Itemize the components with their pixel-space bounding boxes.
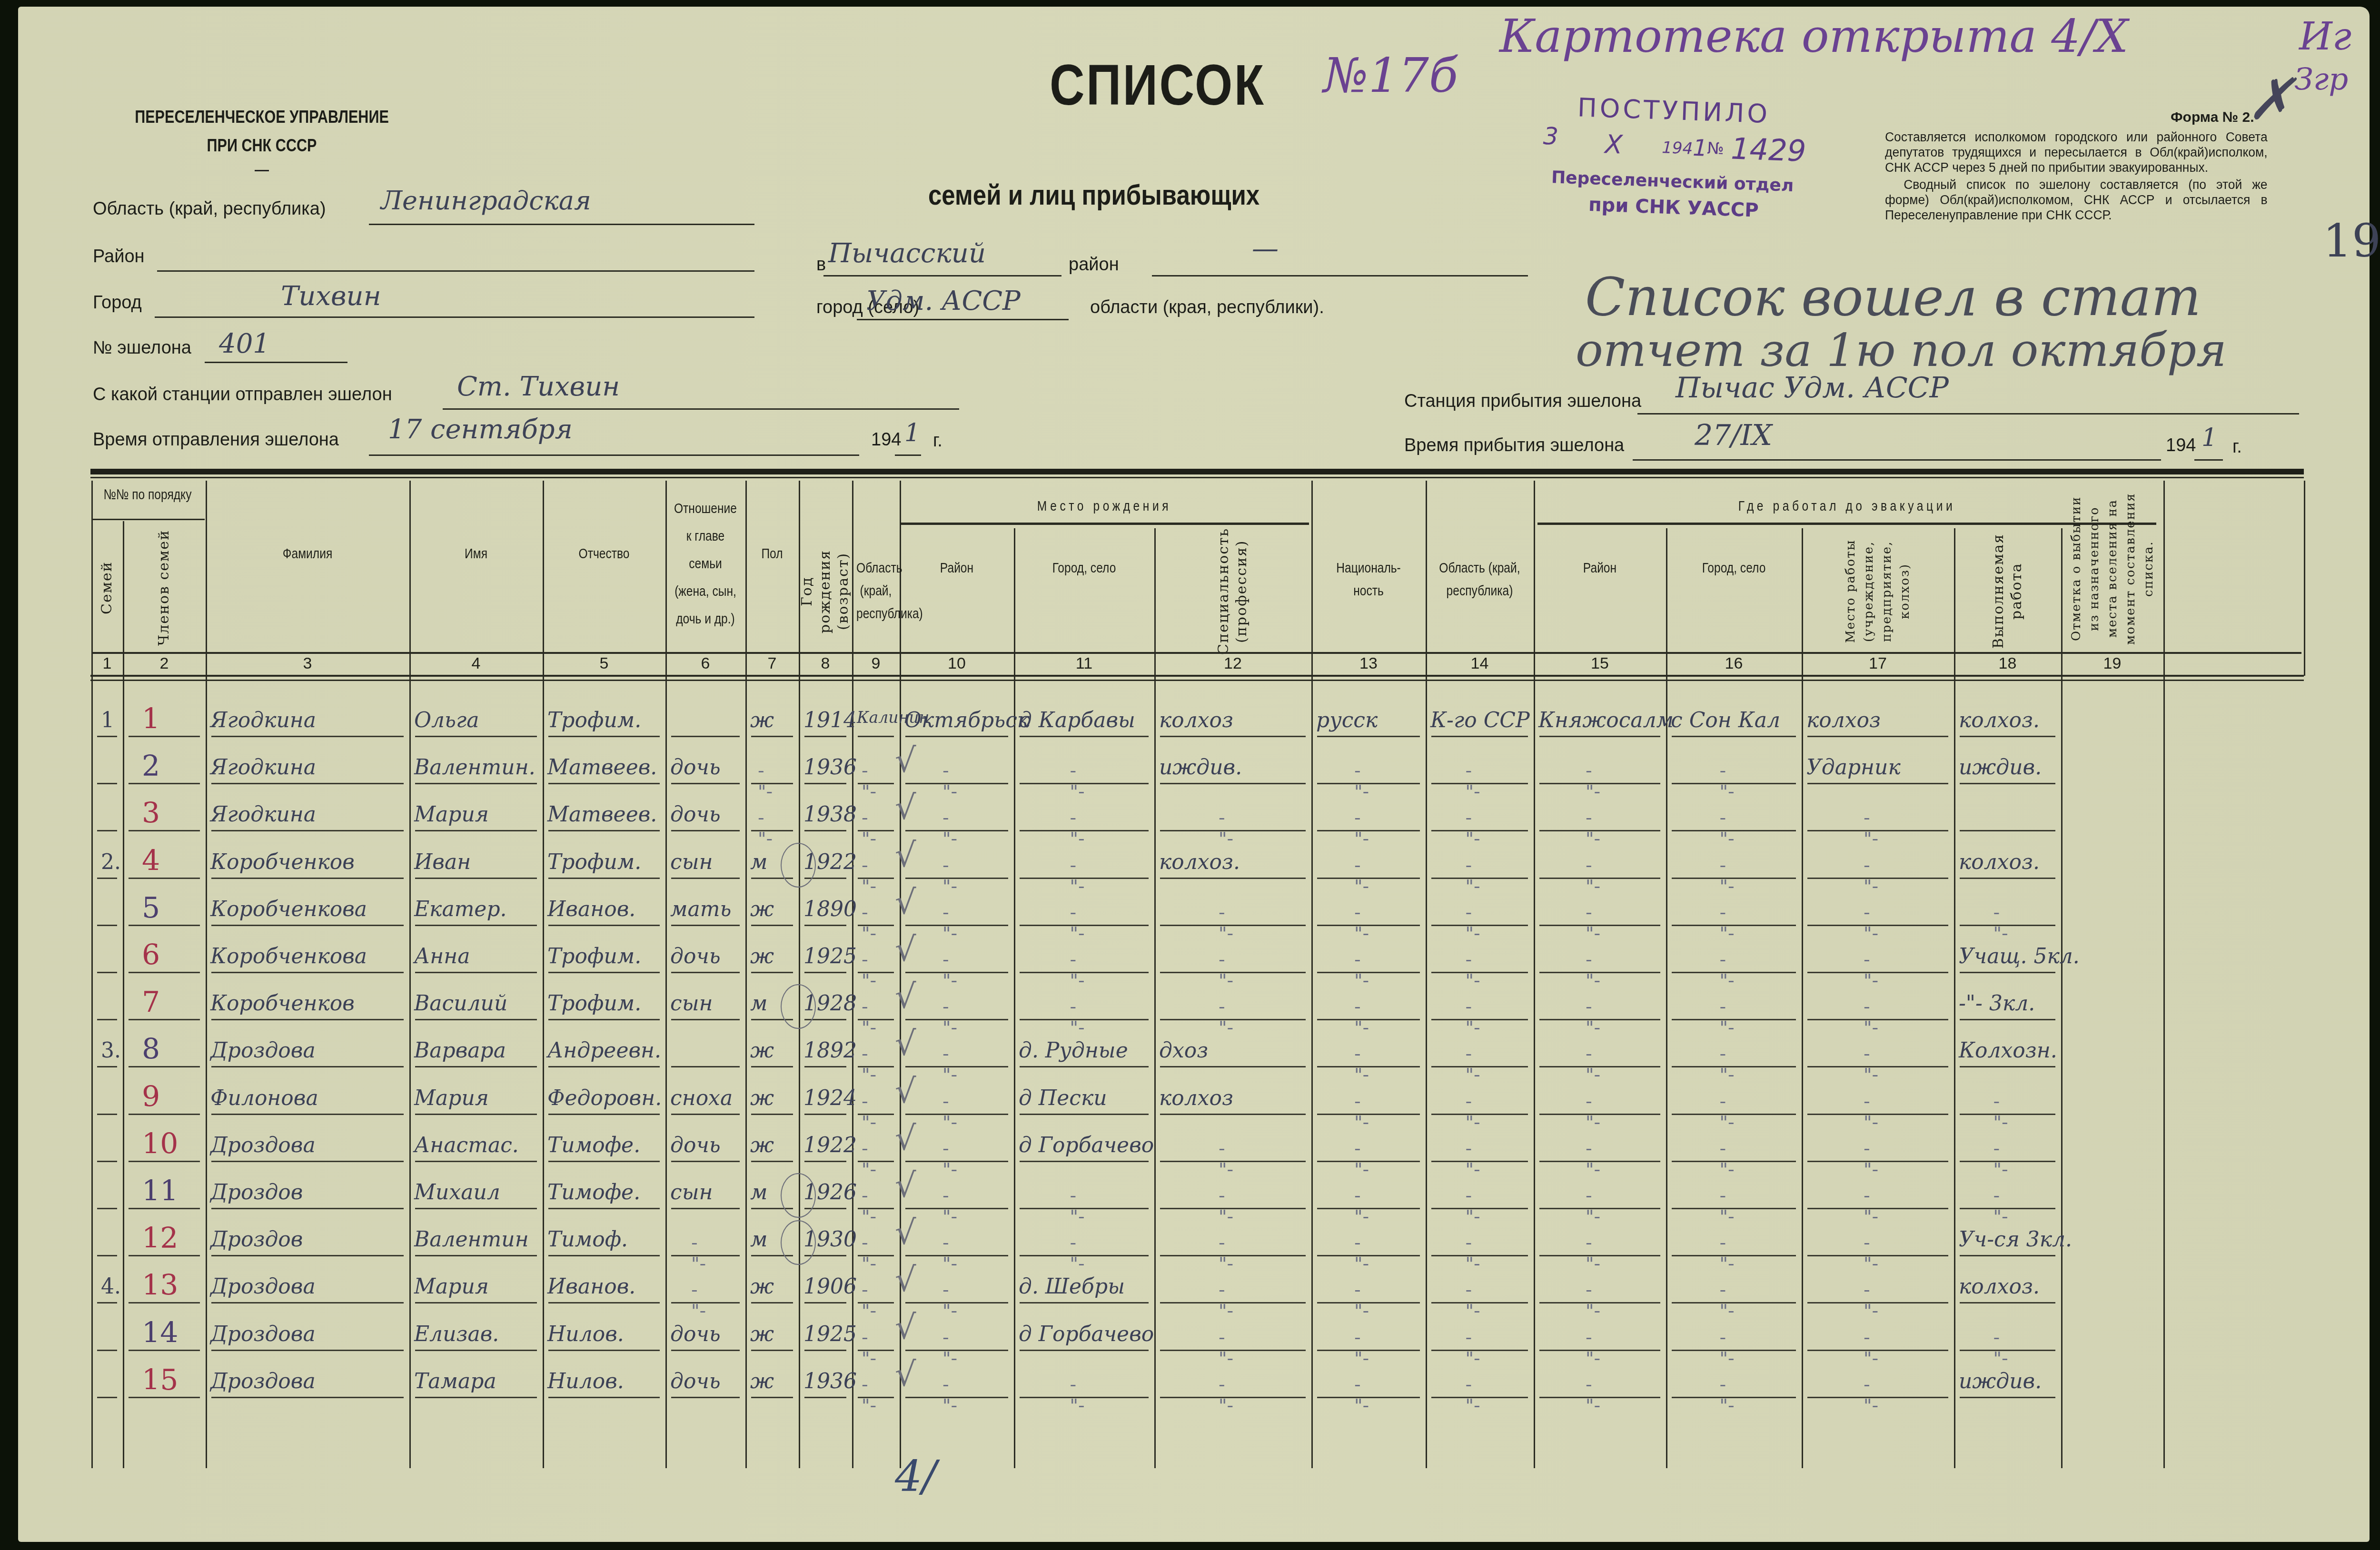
cell-name: Михаил	[414, 1180, 500, 1204]
column-number-10: 10	[900, 654, 1014, 673]
stamp-number-label: №	[1707, 139, 1725, 158]
cell-mem: 5	[142, 891, 160, 925]
row-underline	[671, 1350, 740, 1351]
cell-w-place: -"-	[1864, 1043, 1878, 1085]
row-underline	[1807, 736, 1948, 737]
cell-nationality: -"-	[1354, 1185, 1369, 1227]
cell-w-place: колхоз	[1806, 708, 1881, 732]
field-echelon-value: 401	[219, 328, 270, 359]
row-underline	[1020, 736, 1149, 737]
cell-patronymic: Андреевн.	[547, 1038, 661, 1063]
row-underline	[671, 1208, 740, 1209]
column-number-12: 12	[1154, 654, 1311, 673]
row-underline	[1160, 783, 1306, 784]
row-underline	[211, 1066, 404, 1067]
row-underline	[548, 972, 660, 973]
cell-w-place: -"-	[1864, 1091, 1878, 1133]
cell-patronymic: Иванов.	[547, 1274, 635, 1299]
cell-surname: Дроздова	[210, 1133, 316, 1157]
row-underline	[97, 1114, 117, 1115]
cell-w-city: -"-	[1720, 1279, 1735, 1321]
cell-name: Елизав.	[414, 1322, 499, 1346]
cell-b-oblast: -"-	[862, 1043, 876, 1085]
cell-patronymic: Тимофе.	[547, 1133, 640, 1157]
cell-w-job: Колхозн.	[1959, 1038, 2057, 1063]
cell-w-job: -"-	[1993, 1091, 2008, 1133]
cell-w-rayon: -"-	[1586, 1091, 1600, 1133]
column-number-18: 18	[1954, 654, 2061, 673]
cell-w-job: -"-	[1993, 1138, 2008, 1180]
cell-w-place: -"-	[1864, 1279, 1878, 1321]
cell-w-place: -"-	[1864, 807, 1878, 849]
org-line-2: ПРИ СНК СССР	[116, 136, 407, 156]
cell-w-rayon: -"-	[1586, 902, 1600, 944]
column-header-11: Город, село	[1027, 557, 1142, 580]
cell-w-rayon: -"-	[1586, 1279, 1600, 1321]
check-mark-icon: √	[895, 977, 916, 1016]
row-underline	[211, 878, 404, 879]
dest-city-value: Удм. АССР	[866, 286, 1021, 316]
cell-profession: -"-	[1219, 1232, 1233, 1274]
row-underline	[129, 783, 200, 784]
cell-year: 1914	[803, 708, 857, 732]
row-underline	[415, 925, 537, 926]
cell-relation: дочь	[670, 1322, 721, 1346]
row-underline	[211, 1397, 404, 1398]
row-underline	[804, 1114, 846, 1115]
check-mark-icon: √	[895, 1024, 916, 1063]
cell-patronymic: Матвеев.	[547, 802, 657, 827]
cell-b-city: -"-	[1070, 996, 1085, 1038]
column-header-2: Членов семей	[126, 528, 203, 647]
cell-mem: 10	[142, 1127, 178, 1161]
cell-patronymic: Матвеев.	[547, 755, 657, 780]
depart-year-suffix: 1	[904, 419, 920, 447]
cell-w-job: -"- 3кл.	[1959, 991, 2035, 1016]
check-mark-icon: √	[895, 741, 916, 780]
cell-b-rayon: -"-	[942, 1374, 957, 1416]
row-underline	[548, 783, 660, 784]
check-mark-icon: √	[895, 883, 916, 922]
field-station-label: С какой станции отправлен эшелон	[93, 385, 392, 405]
stamp-year-suffix: 1	[1692, 135, 1707, 162]
cell-surname: Дроздова	[210, 1038, 316, 1063]
cell-b-oblast: -"-	[862, 855, 876, 897]
cell-profession: -"-	[1219, 1327, 1233, 1369]
column-header-9: Область (край, республика)	[856, 557, 895, 625]
cell-b-rayon: -"-	[942, 1279, 957, 1321]
row-underline	[415, 878, 537, 879]
cell-w-oblast: -"-	[1466, 1232, 1480, 1274]
row-underline	[415, 783, 537, 784]
dest-rayon-extra: —	[1252, 233, 1279, 264]
row-underline	[129, 1397, 200, 1398]
cell-profession: -"-	[1219, 1185, 1233, 1227]
row-underline	[804, 830, 846, 831]
cell-w-job: -"-	[1993, 1185, 2008, 1227]
row-underline	[415, 1019, 537, 1020]
cell-w-city: -"-	[1720, 1374, 1735, 1416]
cell-sex: ж	[750, 1038, 774, 1063]
cell-w-city: -"-	[1720, 760, 1735, 802]
column-divider	[745, 481, 747, 1468]
cell-year: 1938	[803, 802, 857, 827]
column-number-8: 8	[799, 654, 852, 673]
row-underline	[211, 736, 404, 737]
row-underline	[548, 1350, 660, 1351]
cell-nationality: -"-	[1354, 1279, 1369, 1321]
check-mark-icon: √	[895, 930, 916, 969]
row-underline	[97, 830, 117, 831]
cell-w-place: -"-	[1864, 902, 1878, 944]
form-instructions: Составляется исполкомом городского или р…	[1885, 129, 2268, 223]
cell-profession: иждив.	[1159, 755, 1242, 780]
cell-year: 1925	[803, 1322, 857, 1346]
cell-w-rayon: Княжосалм	[1538, 708, 1674, 732]
row-underline	[97, 736, 117, 737]
row-underline	[415, 1350, 537, 1351]
cell-surname: Дроздова	[210, 1274, 316, 1299]
row-underline	[671, 878, 740, 879]
cell-name: Анна	[414, 944, 470, 968]
top-note: Картотека открыта 4/X	[1499, 10, 2128, 63]
circled-sex-marker	[781, 1220, 816, 1265]
cell-w-job: Уч-ся 3кл.	[1959, 1227, 2072, 1252]
cell-relation: -"-	[691, 1279, 706, 1321]
stamp-month: X	[1604, 129, 1623, 159]
field-station-line	[443, 408, 959, 410]
cell-b-oblast: -"-	[862, 1185, 876, 1227]
cell-w-oblast: -"-	[1466, 1138, 1480, 1180]
row-underline	[671, 783, 740, 784]
cell-profession: -"-	[1219, 1138, 1233, 1180]
cell-mem: 11	[142, 1175, 178, 1208]
cell-w-rayon: -"-	[1586, 949, 1600, 991]
row-underline	[751, 972, 793, 973]
cell-sex: м	[750, 1227, 767, 1252]
cell-year: 1906	[803, 1274, 857, 1299]
cell-name: Варвара	[414, 1038, 506, 1063]
depart-year-line	[895, 454, 921, 456]
column-number-19: 19	[2061, 654, 2163, 673]
dest-rayon-line	[823, 275, 1061, 276]
cell-b-city: -"-	[1070, 1232, 1085, 1274]
row-underline	[97, 925, 117, 926]
row-underline	[1960, 1019, 2055, 1020]
row-underline	[804, 972, 846, 973]
column-divider	[543, 481, 544, 1468]
row-underline	[415, 1161, 537, 1162]
cell-w-rayon: -"-	[1586, 1138, 1600, 1180]
dest-rayon-value: Пычасский	[828, 238, 986, 269]
cell-year: 1890	[803, 897, 857, 921]
cell-patronymic: Тимоф.	[547, 1227, 628, 1252]
cell-b-city: д Карбавы	[1019, 708, 1135, 732]
cell-relation: дочь	[670, 802, 721, 827]
cell-relation: дочь	[670, 1133, 721, 1157]
row-underline	[97, 1255, 117, 1256]
row-underline	[211, 925, 404, 926]
row-underline	[548, 1208, 660, 1209]
row-underline	[548, 1019, 660, 1020]
row-underline	[415, 972, 537, 973]
row-underline	[211, 1350, 404, 1351]
row-underline	[415, 830, 537, 831]
row-underline	[129, 1350, 200, 1351]
cell-b-rayon: -"-	[942, 807, 957, 849]
column-number-11: 11	[1014, 654, 1154, 673]
cell-b-city: д. Шебры	[1019, 1274, 1125, 1299]
column-divider	[665, 481, 667, 1468]
cell-name: Тамара	[414, 1369, 496, 1393]
cell-mem: 8	[142, 1033, 160, 1066]
cell-w-job: колхоз.	[1959, 708, 2040, 732]
row-underline	[97, 783, 117, 784]
cell-b-city: -"-	[1070, 760, 1085, 802]
cell-fam: 2.	[101, 850, 121, 874]
cell-w-city: -"-	[1720, 855, 1735, 897]
cell-mem: 4	[142, 844, 160, 878]
row-underline	[1960, 736, 2055, 737]
cell-nationality: -"-	[1354, 1043, 1369, 1085]
cell-b-oblast: -"-	[862, 949, 876, 991]
field-gorod-value: Тихвин	[281, 281, 381, 312]
cell-b-city: д Пески	[1019, 1086, 1107, 1110]
row-underline	[211, 1208, 404, 1209]
check-mark-icon: √	[895, 1072, 916, 1111]
cell-surname: Ягодкина	[210, 755, 316, 780]
cell-mem: 2	[142, 750, 160, 783]
cell-surname: Коробченков	[210, 991, 355, 1016]
side-number: 19	[2323, 214, 2380, 267]
cell-w-oblast: -"-	[1466, 855, 1480, 897]
cell-w-place: -"-	[1864, 1327, 1878, 1369]
cell-w-place: -"-	[1864, 949, 1878, 991]
cell-year: 1936	[803, 1369, 857, 1393]
cell-relation: мать	[670, 897, 731, 921]
cell-mem: 7	[142, 986, 160, 1019]
check-mark-icon: √	[895, 1213, 916, 1252]
stamp-day: 3	[1543, 122, 1559, 150]
cell-w-oblast: -"-	[1466, 1327, 1480, 1369]
cell-surname: Коробченкова	[210, 944, 367, 968]
cell-profession: -"-	[1219, 1279, 1233, 1321]
cell-name: Валентин.	[414, 755, 535, 780]
cell-sex: ж	[750, 1133, 774, 1157]
cell-profession: колхоз.	[1159, 850, 1240, 874]
circled-sex-marker	[781, 984, 816, 1029]
cell-b-city: д. Рудные	[1019, 1038, 1128, 1063]
cell-sex: ж	[750, 1369, 774, 1393]
row-underline	[751, 736, 793, 737]
field-echelon-line	[205, 362, 347, 363]
field-gorod-line	[155, 316, 754, 318]
cell-profession: колхоз	[1159, 708, 1233, 732]
column-header-1: Семей	[94, 528, 120, 647]
check-mark-icon: √	[895, 1355, 916, 1394]
cell-nationality: -"-	[1354, 807, 1369, 849]
cell-w-oblast: -"-	[1466, 1374, 1480, 1416]
column-header-14: Область (край, республика)	[1435, 557, 1524, 602]
row-underline	[97, 972, 117, 973]
arr-year-line	[2194, 459, 2223, 461]
row-underline	[1672, 736, 1796, 737]
cell-nationality: -"-	[1354, 1091, 1369, 1133]
instructions-p1: Составляется исполкомом городского или р…	[1885, 129, 2268, 175]
cell-b-city: -"-	[1070, 807, 1085, 849]
cell-sex: ж	[750, 1322, 774, 1346]
column-number-6: 6	[665, 654, 745, 673]
column-number-9: 9	[852, 654, 900, 673]
cell-w-oblast: -"-	[1466, 760, 1480, 802]
cell-w-city: -"-	[1720, 949, 1735, 991]
cell-b-rayon: -"-	[942, 902, 957, 944]
cell-profession: -"-	[1219, 1374, 1233, 1416]
cell-b-oblast: -"-	[862, 996, 876, 1038]
cell-nationality: -"-	[1354, 1327, 1369, 1369]
column-number-2: 2	[123, 654, 206, 673]
column-header-5: Отчество	[554, 543, 654, 565]
row-underline	[129, 1161, 200, 1162]
cell-patronymic: Нилов.	[547, 1322, 624, 1346]
check-mark-icon: √	[895, 1119, 916, 1158]
cell-w-rayon: -"-	[1586, 855, 1600, 897]
footer-mark: 4/	[895, 1451, 937, 1501]
org-line-1: ПЕРЕСЕЛЕНЧЕСКОЕ УПРАВЛЕНИЕ	[116, 107, 407, 127]
cell-fam: 4.	[101, 1274, 121, 1299]
cell-w-city: -"-	[1720, 1327, 1735, 1369]
cell-surname: Дроздов	[210, 1227, 303, 1252]
cell-w-rayon: -"-	[1586, 1327, 1600, 1369]
row-underline	[548, 736, 660, 737]
cell-relation: сын	[670, 991, 713, 1016]
dest-extra-line	[1152, 275, 1528, 276]
field-depart-line	[369, 454, 859, 456]
cell-nationality: -"-	[1354, 760, 1369, 802]
cell-fam: 3.	[101, 1038, 121, 1063]
stamp-number: 1429	[1730, 131, 1806, 168]
column-number-15: 15	[1534, 654, 1666, 673]
row-underline	[671, 736, 740, 737]
cell-sex: м	[750, 850, 767, 874]
cell-sex: ж	[750, 944, 774, 968]
cell-relation: -"-	[691, 1232, 706, 1274]
cell-sex: ж	[750, 708, 774, 732]
row-underline	[1807, 783, 1948, 784]
cell-b-rayon: Октябрьск	[904, 708, 1030, 732]
cell-w-city: -"-	[1720, 902, 1735, 944]
row-underline	[415, 1208, 537, 1209]
row-underline	[671, 972, 740, 973]
row-underline	[211, 1019, 404, 1020]
cell-w-oblast: -"-	[1466, 1185, 1480, 1227]
row-underline	[415, 1255, 537, 1256]
row-underline	[804, 1397, 846, 1398]
cell-b-oblast: -"-	[862, 902, 876, 944]
page-title: СПИСОК	[1050, 52, 1265, 118]
cell-profession: -"-	[1219, 902, 1233, 944]
cell-relation: дочь	[670, 755, 721, 780]
row-underline	[1960, 972, 2055, 973]
column-divider	[206, 481, 207, 1468]
cell-patronymic: Тимофе.	[547, 1180, 640, 1204]
stamp-dept-line2: при СНК УАССР	[1588, 194, 1759, 221]
cell-b-city: -"-	[1070, 855, 1085, 897]
row-underline	[415, 1302, 537, 1303]
row-underline	[751, 1397, 793, 1398]
column-number-13: 13	[1311, 654, 1426, 673]
cell-mem: 14	[142, 1316, 178, 1350]
row-underline	[751, 1302, 793, 1303]
row-underline	[1960, 1302, 2055, 1303]
row-underline	[211, 783, 404, 784]
cell-relation: дочь	[670, 944, 721, 968]
cell-sex: ж	[750, 897, 774, 921]
cell-sex: ж	[750, 1274, 774, 1299]
cell-surname: Филонова	[210, 1086, 318, 1110]
field-oblast-label: Область (край, республика)	[93, 199, 326, 219]
group-header-birthplace: Место рождения	[936, 495, 1272, 518]
report-note-line1: Список вошел в стат	[1585, 267, 2201, 327]
field-depart-value: 17 сентября	[388, 414, 573, 445]
cell-b-rayon: -"-	[942, 1138, 957, 1180]
column-header-4: Имя	[421, 543, 531, 565]
cell-patronymic: Нилов.	[547, 1369, 624, 1393]
row-underline	[129, 736, 200, 737]
row-underline	[804, 925, 846, 926]
depart-year-prefix: 194	[871, 430, 901, 450]
cell-w-rayon: -"-	[1586, 1185, 1600, 1227]
row-underline	[97, 1208, 117, 1209]
arr-time-label: Время прибытия эшелона	[1404, 435, 1624, 456]
column-header-15: Район	[1546, 557, 1654, 580]
cell-b-city: -"-	[1070, 1185, 1085, 1227]
row-underline	[1160, 878, 1306, 879]
row-underline	[671, 1161, 740, 1162]
row-underline	[415, 1114, 537, 1115]
cell-patronymic: Трофим.	[547, 708, 641, 732]
row-underline	[129, 1255, 200, 1256]
row-underline	[129, 1114, 200, 1115]
row-underline	[97, 1302, 117, 1303]
row-underline	[548, 1161, 660, 1162]
cell-b-oblast: -"-	[862, 760, 876, 802]
cell-nationality: -"-	[1354, 902, 1369, 944]
stamp-dept-line1: Переселенческий отдел	[1551, 168, 1794, 196]
column-number-17: 17	[1802, 654, 1954, 673]
column-number-14: 14	[1426, 654, 1534, 673]
row-underline	[129, 878, 200, 879]
cell-name: Мария	[414, 802, 489, 827]
row-underline	[751, 1161, 793, 1162]
cell-fam: 1	[101, 708, 114, 732]
cell-w-oblast: -"-	[1466, 996, 1480, 1038]
arr-station-label: Станция прибытия эшелона	[1404, 391, 1641, 412]
row-underline	[671, 1066, 740, 1067]
row-underline	[1960, 1066, 2055, 1067]
cell-w-place: -"-	[1864, 1185, 1878, 1227]
side-mark: Згр	[2294, 62, 2348, 97]
row-underline	[129, 1208, 200, 1209]
cell-patronymic: Трофим.	[547, 850, 641, 874]
row-underline	[129, 925, 200, 926]
arr-year-prefix: 194	[2166, 435, 2196, 456]
row-underline	[804, 1350, 846, 1351]
cell-b-rayon: -"-	[942, 1327, 957, 1369]
cell-mem: 6	[142, 938, 160, 972]
row-underline	[97, 1019, 117, 1020]
row-underline	[129, 1066, 200, 1067]
